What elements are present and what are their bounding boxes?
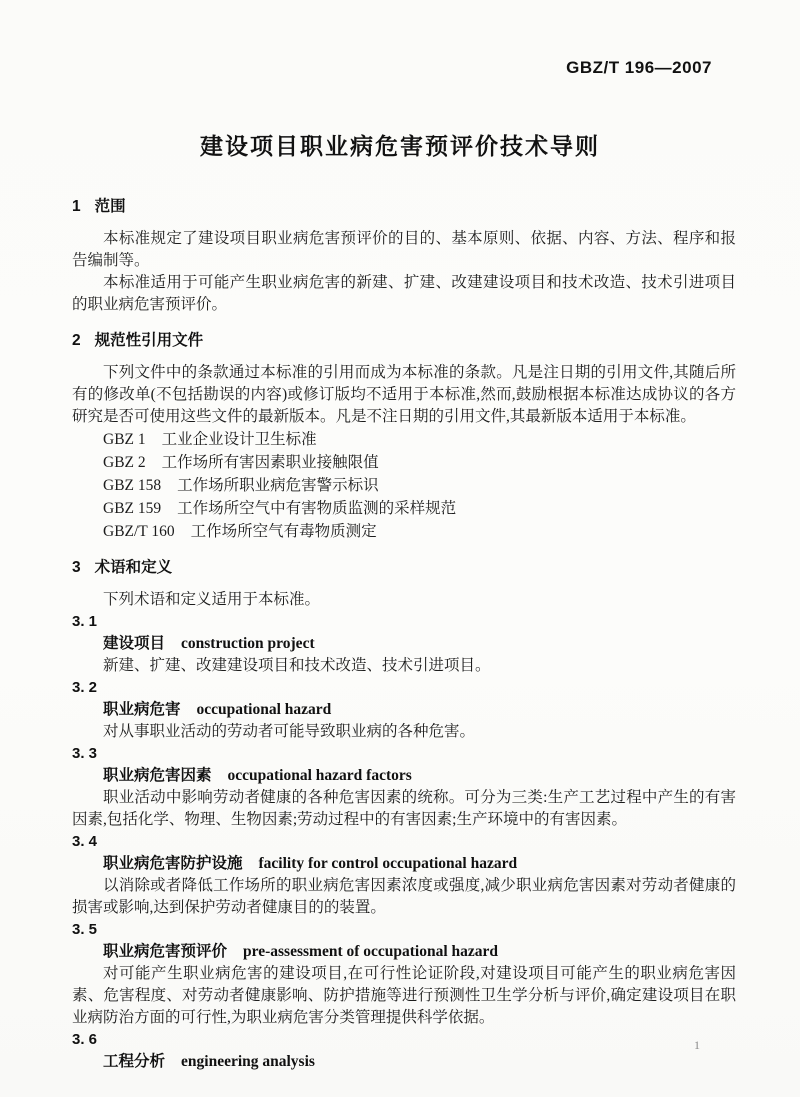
term-definition: 对从事职业活动的劳动者可能导致职业病的各种危害。	[72, 721, 736, 743]
term-name-en: occupational hazard factors	[228, 767, 412, 784]
reference-title: 工作场所职业病危害警示标识	[177, 477, 379, 494]
reference-code: GBZ/T 160	[103, 523, 175, 540]
term-heading: 建设项目construction project	[72, 633, 736, 655]
clause-number: 3. 2	[72, 677, 736, 699]
reference-item: GBZ 158工作场所职业病危害警示标识	[72, 474, 736, 497]
page-number: 1	[694, 1038, 700, 1053]
term-name-en: construction project	[181, 635, 315, 652]
section-2-heading: 2规范性引用文件	[72, 330, 736, 352]
clause-number: 3. 4	[72, 831, 736, 853]
document-code: GBZ/T 196—2007	[566, 58, 712, 78]
reference-title: 工业企业设计卫生标准	[162, 431, 317, 448]
document-body: 1范围 本标准规定了建设项目职业病危害预评价的目的、基本原则、依据、内容、方法、…	[72, 196, 736, 1073]
section-2-paragraph: 下列文件中的条款通过本标准的引用而成为本标准的条款。凡是注日期的引用文件,其随后…	[72, 362, 736, 428]
term-block: 3. 6 工程分析engineering analysis	[72, 1029, 736, 1073]
term-name-en: facility for control occupational hazard	[259, 855, 518, 872]
reference-title: 工作场所有害因素职业接触限值	[162, 454, 379, 471]
term-heading: 职业病危害防护设施facility for control occupation…	[72, 853, 736, 875]
section-2-number: 2	[72, 332, 81, 349]
scanned-standard-page: GBZ/T 196—2007 建设项目职业病危害预评价技术导则 1范围 本标准规…	[0, 0, 800, 1097]
section-1-heading: 1范围	[72, 196, 736, 218]
clause-number: 3. 1	[72, 611, 736, 633]
term-block: 3. 4 职业病危害防护设施facility for control occup…	[72, 831, 736, 919]
reference-code: GBZ 158	[103, 477, 161, 494]
term-block: 3. 5 职业病危害预评价pre-assessment of occupatio…	[72, 919, 736, 1029]
term-name-en: occupational hazard	[197, 701, 332, 718]
clause-number: 3. 3	[72, 743, 736, 765]
reference-title: 工作场所空气有毒物质测定	[191, 523, 377, 540]
term-block: 3. 2 职业病危害occupational hazard 对从事职业活动的劳动…	[72, 677, 736, 743]
clause-number: 3. 6	[72, 1029, 736, 1051]
reference-item: GBZ/T 160工作场所空气有毒物质测定	[72, 520, 736, 543]
reference-item: GBZ 159工作场所空气中有害物质监测的采样规范	[72, 497, 736, 520]
reference-item: GBZ 2工作场所有害因素职业接触限值	[72, 451, 736, 474]
page-title: 建设项目职业病危害预评价技术导则	[0, 128, 800, 161]
term-definition: 职业活动中影响劳动者健康的各种危害因素的统称。可分为三类:生产工艺过程中产生的有…	[72, 787, 736, 831]
section-1-title: 范围	[95, 198, 126, 215]
term-name-en: pre-assessment of occupational hazard	[243, 943, 498, 960]
clause-number: 3. 5	[72, 919, 736, 941]
term-name-en: engineering analysis	[181, 1053, 315, 1070]
section-1-number: 1	[72, 198, 81, 215]
section-2-title: 规范性引用文件	[95, 332, 204, 349]
term-heading: 职业病危害预评价pre-assessment of occupational h…	[72, 941, 736, 963]
term-name-zh: 工程分析	[103, 1053, 165, 1070]
section-3-title: 术语和定义	[95, 559, 173, 576]
term-heading: 职业病危害occupational hazard	[72, 699, 736, 721]
term-block: 3. 3 职业病危害因素occupational hazard factors …	[72, 743, 736, 831]
reference-code: GBZ 159	[103, 500, 161, 517]
section-1-paragraph: 本标准规定了建设项目职业病危害预评价的目的、基本原则、依据、内容、方法、程序和报…	[72, 228, 736, 272]
term-definition: 新建、扩建、改建建设项目和技术改造、技术引进项目。	[72, 655, 736, 677]
term-definition: 对可能产生职业病危害的建设项目,在可行性论证阶段,对建设项目可能产生的职业病危害…	[72, 963, 736, 1029]
term-heading: 职业病危害因素occupational hazard factors	[72, 765, 736, 787]
term-heading: 工程分析engineering analysis	[72, 1051, 736, 1073]
section-3-intro: 下列术语和定义适用于本标准。	[72, 589, 736, 611]
reference-code: GBZ 2	[103, 454, 146, 471]
reference-title: 工作场所空气中有害物质监测的采样规范	[177, 500, 456, 517]
term-definition: 以消除或者降低工作场所的职业病危害因素浓度或强度,减少职业病危害因素对劳动者健康…	[72, 875, 736, 919]
term-name-zh: 职业病危害	[103, 701, 181, 718]
term-block: 3. 1 建设项目construction project 新建、扩建、改建建设…	[72, 611, 736, 677]
term-name-zh: 职业病危害防护设施	[103, 855, 243, 872]
term-name-zh: 建设项目	[103, 635, 165, 652]
reference-code: GBZ 1	[103, 431, 146, 448]
term-name-zh: 职业病危害预评价	[103, 943, 227, 960]
section-1-paragraph: 本标准适用于可能产生职业病危害的新建、扩建、改建建设项目和技术改造、技术引进项目…	[72, 272, 736, 316]
section-3-heading: 3术语和定义	[72, 557, 736, 579]
section-3-number: 3	[72, 559, 81, 576]
term-name-zh: 职业病危害因素	[103, 767, 212, 784]
reference-item: GBZ 1工业企业设计卫生标准	[72, 428, 736, 451]
